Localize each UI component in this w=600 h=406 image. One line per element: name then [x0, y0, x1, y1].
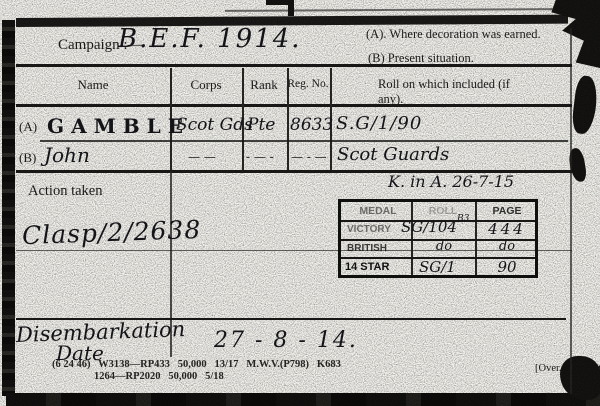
row-a-name: GAMBLE [47, 114, 190, 138]
column-header-name: Name [77, 77, 108, 93]
row-a-writing-line [40, 140, 568, 142]
column-header-roll: Roll on which included (if any). [378, 77, 526, 107]
disembarkation-date-value: 27 - 8 - 14. [214, 328, 358, 353]
rule-under-campaign [16, 64, 572, 67]
stamp-medal-victory: VICTORY [347, 224, 391, 235]
stamp-medal-14-star: 14 STAR [345, 261, 389, 273]
campaign-value: B.E.F. 1914. [118, 24, 302, 54]
stamp-page-victory: 444 [488, 220, 526, 238]
stamp-header-medal: MEDAL [359, 205, 396, 217]
action-taken-value: Clasp/2/2638 [22, 215, 202, 250]
over-marker: [Over. [535, 363, 562, 374]
row-b-corps-dashes: — — [188, 150, 216, 164]
column-header-rank: Rank [250, 77, 277, 93]
printer-footer-line-1: (6 24 46) W3138—RP433 50,000 13/17 M.W.V… [52, 359, 341, 370]
card-bottom-border [6, 393, 600, 406]
medal-index-card: Campaign :— B.E.F. 1914. (A). Where deco… [0, 0, 600, 406]
stamp-roll-victory-text: SG/104 [401, 218, 457, 236]
stamp-roll-victory-sup: B3 [457, 214, 469, 224]
action-taken-label: Action taken [28, 183, 103, 200]
row-b-rank-dashes: - — - [246, 150, 274, 164]
row-b-roll: Scot Guards [337, 144, 449, 165]
stamp-roll-victory: SG/104B3 [401, 218, 469, 236]
stamp-roll-british: do [436, 239, 452, 254]
ink-blot-top-right [546, 0, 600, 68]
ink-mark-top-2 [288, 0, 294, 16]
row-a-corps: Scot Gds [176, 115, 253, 135]
stamp-header-page: PAGE [493, 205, 522, 217]
column-header-corps: Corps [190, 77, 221, 93]
card-right-border [570, 28, 572, 394]
legend-line-b: (B) Present situation. [368, 51, 474, 66]
stamp-header-roll: ROLL [429, 205, 458, 217]
killed-in-action-note: K. in A. 26-7-15 [388, 172, 514, 191]
row-a-reg-no: 8633 [290, 115, 333, 135]
left-binding-edge [2, 20, 15, 396]
column-header-reg-no: Reg. No. [287, 78, 328, 90]
stamp-roll-14-star: SG/1 [419, 258, 456, 276]
legend-line-a: (A). Where decoration was earned. [366, 27, 541, 42]
row-b-label: (B) [19, 150, 36, 166]
medal-roll-stamp-box: MEDAL ROLL PAGE VICTORY BRITISH 14 STAR … [338, 199, 538, 278]
ink-blot-right-upper [571, 75, 600, 135]
stamp-page-14-star: 90 [497, 258, 516, 276]
printer-footer-line-2: 1264—RP2020 50,000 5/18 [94, 371, 224, 382]
stamp-medal-british: BRITISH [347, 243, 387, 254]
row-a-label: (A) [19, 119, 37, 135]
row-a-rank: Pte [247, 115, 275, 135]
scan-edge-line [225, 8, 555, 12]
row-b-name: John [44, 143, 90, 167]
row-b-reg-dashes: — - — [291, 150, 327, 164]
stamp-page-british: do [499, 239, 515, 254]
row-a-roll: S.G/1/90 [336, 113, 422, 134]
